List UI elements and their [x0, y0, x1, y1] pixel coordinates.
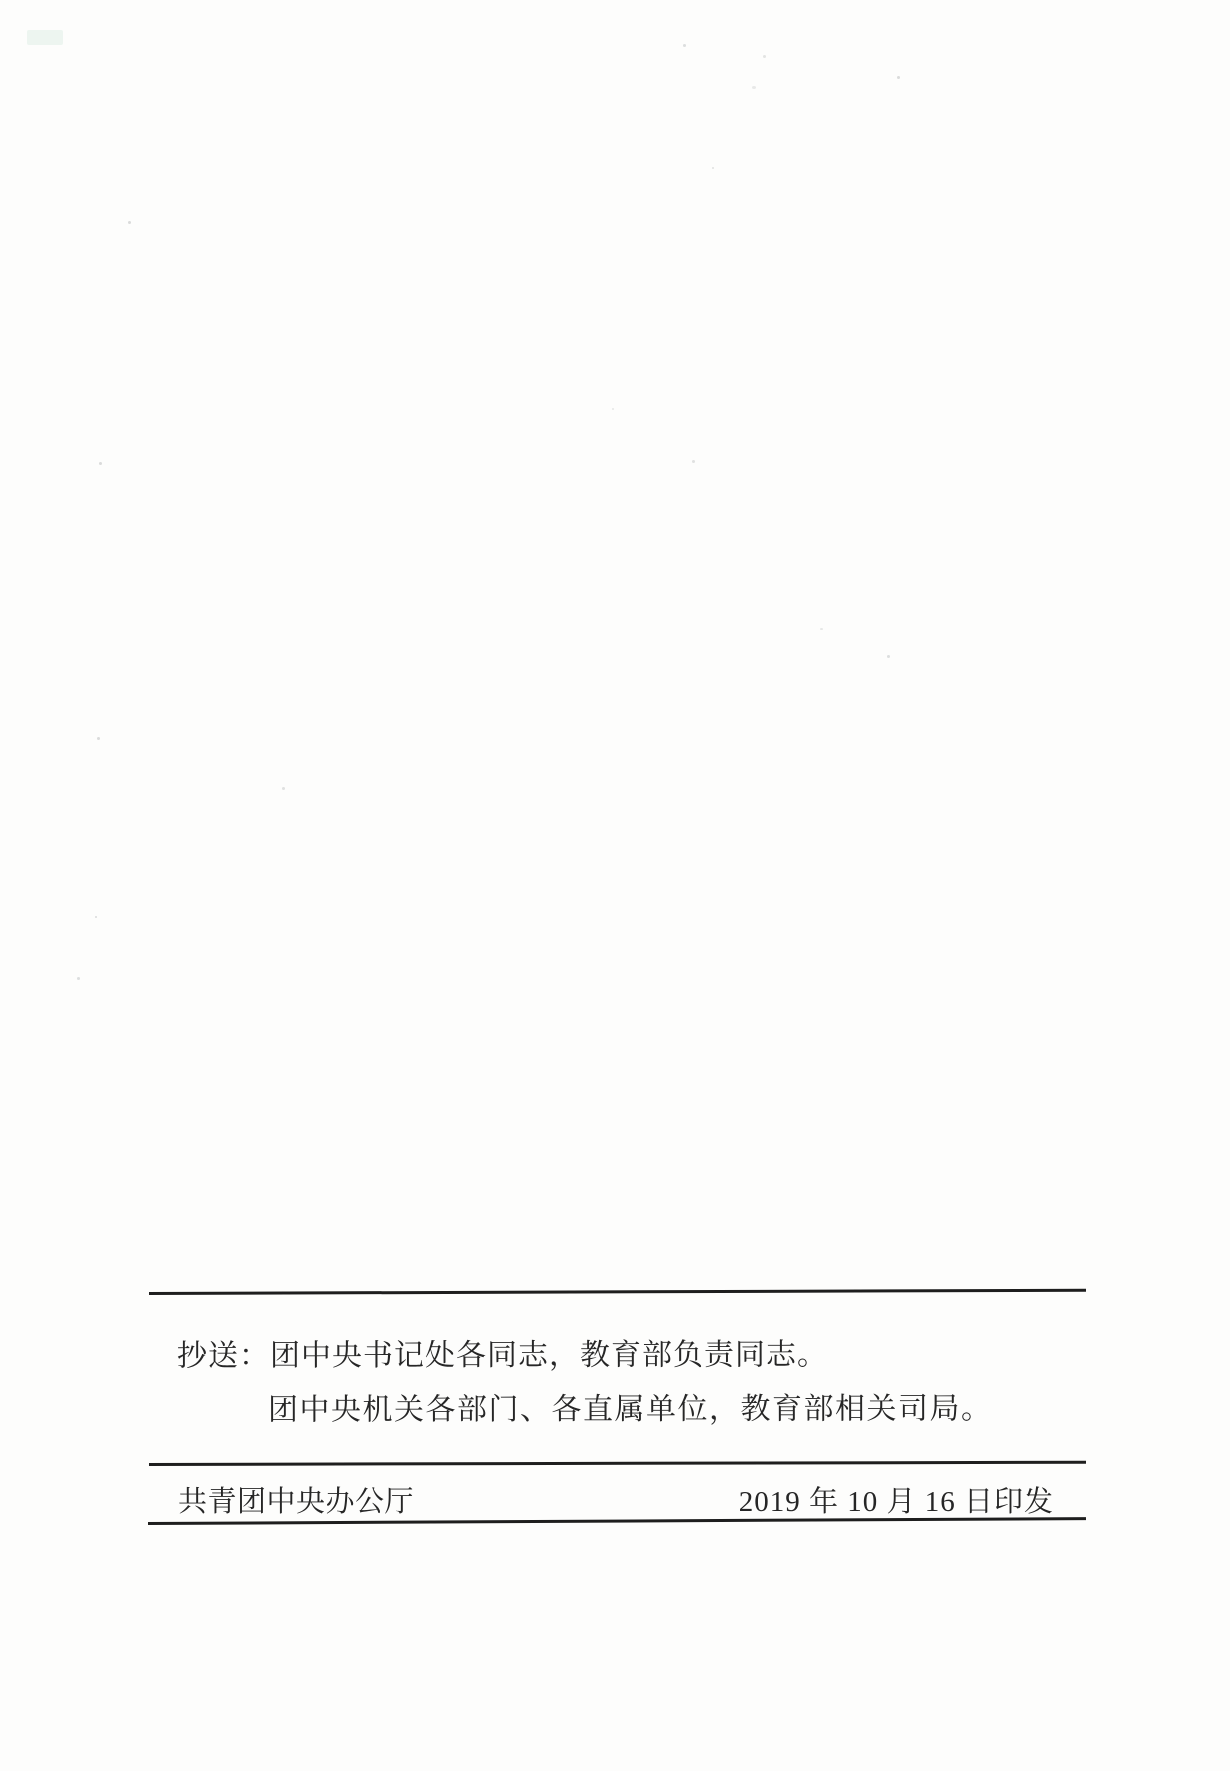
scan-speck	[77, 977, 80, 980]
print-date: 2019 年 10 月 16 日印发	[739, 1479, 1054, 1520]
scan-speck	[692, 460, 695, 463]
cc-label: 抄送：	[177, 1339, 270, 1372]
cc-recipients-line1: 团中央书记处各同志，教育部负责同志。	[270, 1338, 828, 1372]
cc-line-1: 抄送：团中央书记处各同志，教育部负责同志。	[177, 1339, 828, 1372]
separator-line-middle	[149, 1461, 1086, 1466]
scan-speck	[763, 55, 766, 58]
scan-speck	[683, 44, 686, 47]
issuer-name: 共青团中央办公厅	[178, 1479, 414, 1520]
scan-speck	[612, 408, 614, 410]
scan-speck	[752, 86, 756, 89]
scan-speck	[128, 221, 131, 224]
scan-speck	[712, 167, 714, 169]
scanned-document-page: 抄送：团中央书记处各同志，教育部负责同志。 团中央机关各部门、各直属单位，教育部…	[0, 0, 1230, 1771]
cc-recipients-line2: 团中央机关各部门、各直属单位，教育部相关司局。	[268, 1393, 993, 1426]
scan-speck	[820, 628, 823, 630]
scan-speck	[97, 737, 100, 740]
scan-speck	[95, 916, 97, 918]
separator-line-top	[149, 1289, 1086, 1295]
scan-speck	[282, 787, 285, 790]
scan-speck	[887, 655, 890, 658]
scan-speck	[897, 76, 900, 79]
scan-speck	[99, 462, 102, 465]
scan-smudge	[27, 30, 63, 45]
